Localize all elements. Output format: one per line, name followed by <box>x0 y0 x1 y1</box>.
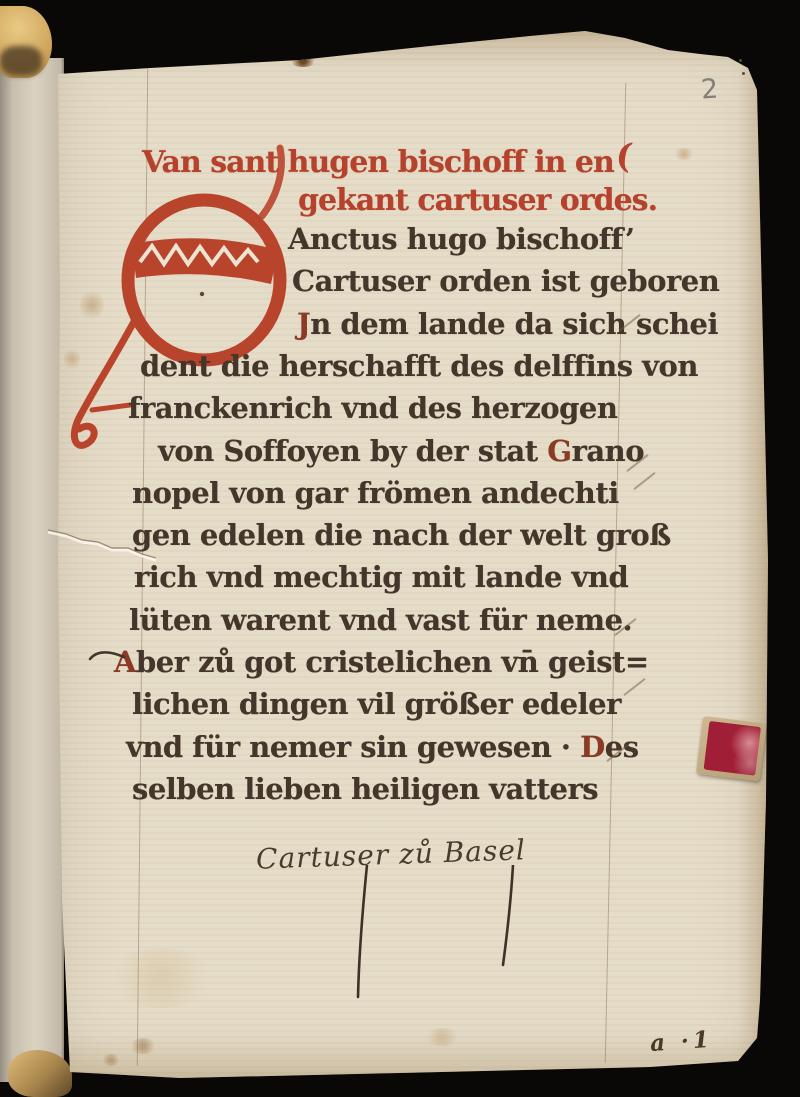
stain <box>424 1028 460 1046</box>
folio-number: 2 <box>700 73 719 105</box>
stain <box>102 1054 120 1066</box>
manuscript-line: Aber zů got cristelichen vn̄ geist= <box>114 645 649 679</box>
manuscript-line: Jn dem lande da sich schei <box>297 307 718 341</box>
manuscript-line: Cartuser orden ist geboren <box>292 264 719 298</box>
shelfmark-note: a ·1 <box>649 1026 714 1057</box>
ink-flecks <box>739 59 742 62</box>
stain <box>130 1038 156 1054</box>
rubric-heading-line2: gekant cartuser ordes. <box>298 183 657 218</box>
manuscript-line: lüten warent vnd vast für neme. <box>129 603 632 637</box>
manuscript-line: lichen dingen vil größer edeler <box>132 687 621 721</box>
manuscript-line: von Soffoyen by der stat Grano <box>158 434 644 468</box>
stain <box>674 148 694 160</box>
manuscript-line: franckenrich vnd des herzogen <box>128 391 617 425</box>
manuscript-line: selben lieben heiligen vatters <box>132 772 598 806</box>
stain <box>289 54 317 67</box>
manuscript-line: gen edelen die nach der welt groß <box>132 518 671 552</box>
manuscript-line: dent die herschafft des delffins von <box>140 349 698 383</box>
endband <box>0 6 52 78</box>
manuscript-photo: 2 Van sant hugen bischoff in en ( gekant… <box>0 0 800 1097</box>
parchment-crack <box>46 520 161 568</box>
stain <box>106 948 216 1008</box>
manuscript-line: rich vnd mechtig mit lande vnd <box>134 560 628 594</box>
descender-strokes <box>345 865 535 1005</box>
endband-shadow <box>0 46 42 76</box>
bookmark-leather <box>703 721 761 776</box>
manuscript-line: vnd für nemer sin gewesen · Des <box>126 730 639 764</box>
manuscript-line: Anctus hugo bischoff’ <box>288 222 634 256</box>
manuscript-line: nopel von gar frömen andechti <box>132 476 619 510</box>
pen-flourish <box>88 648 126 664</box>
